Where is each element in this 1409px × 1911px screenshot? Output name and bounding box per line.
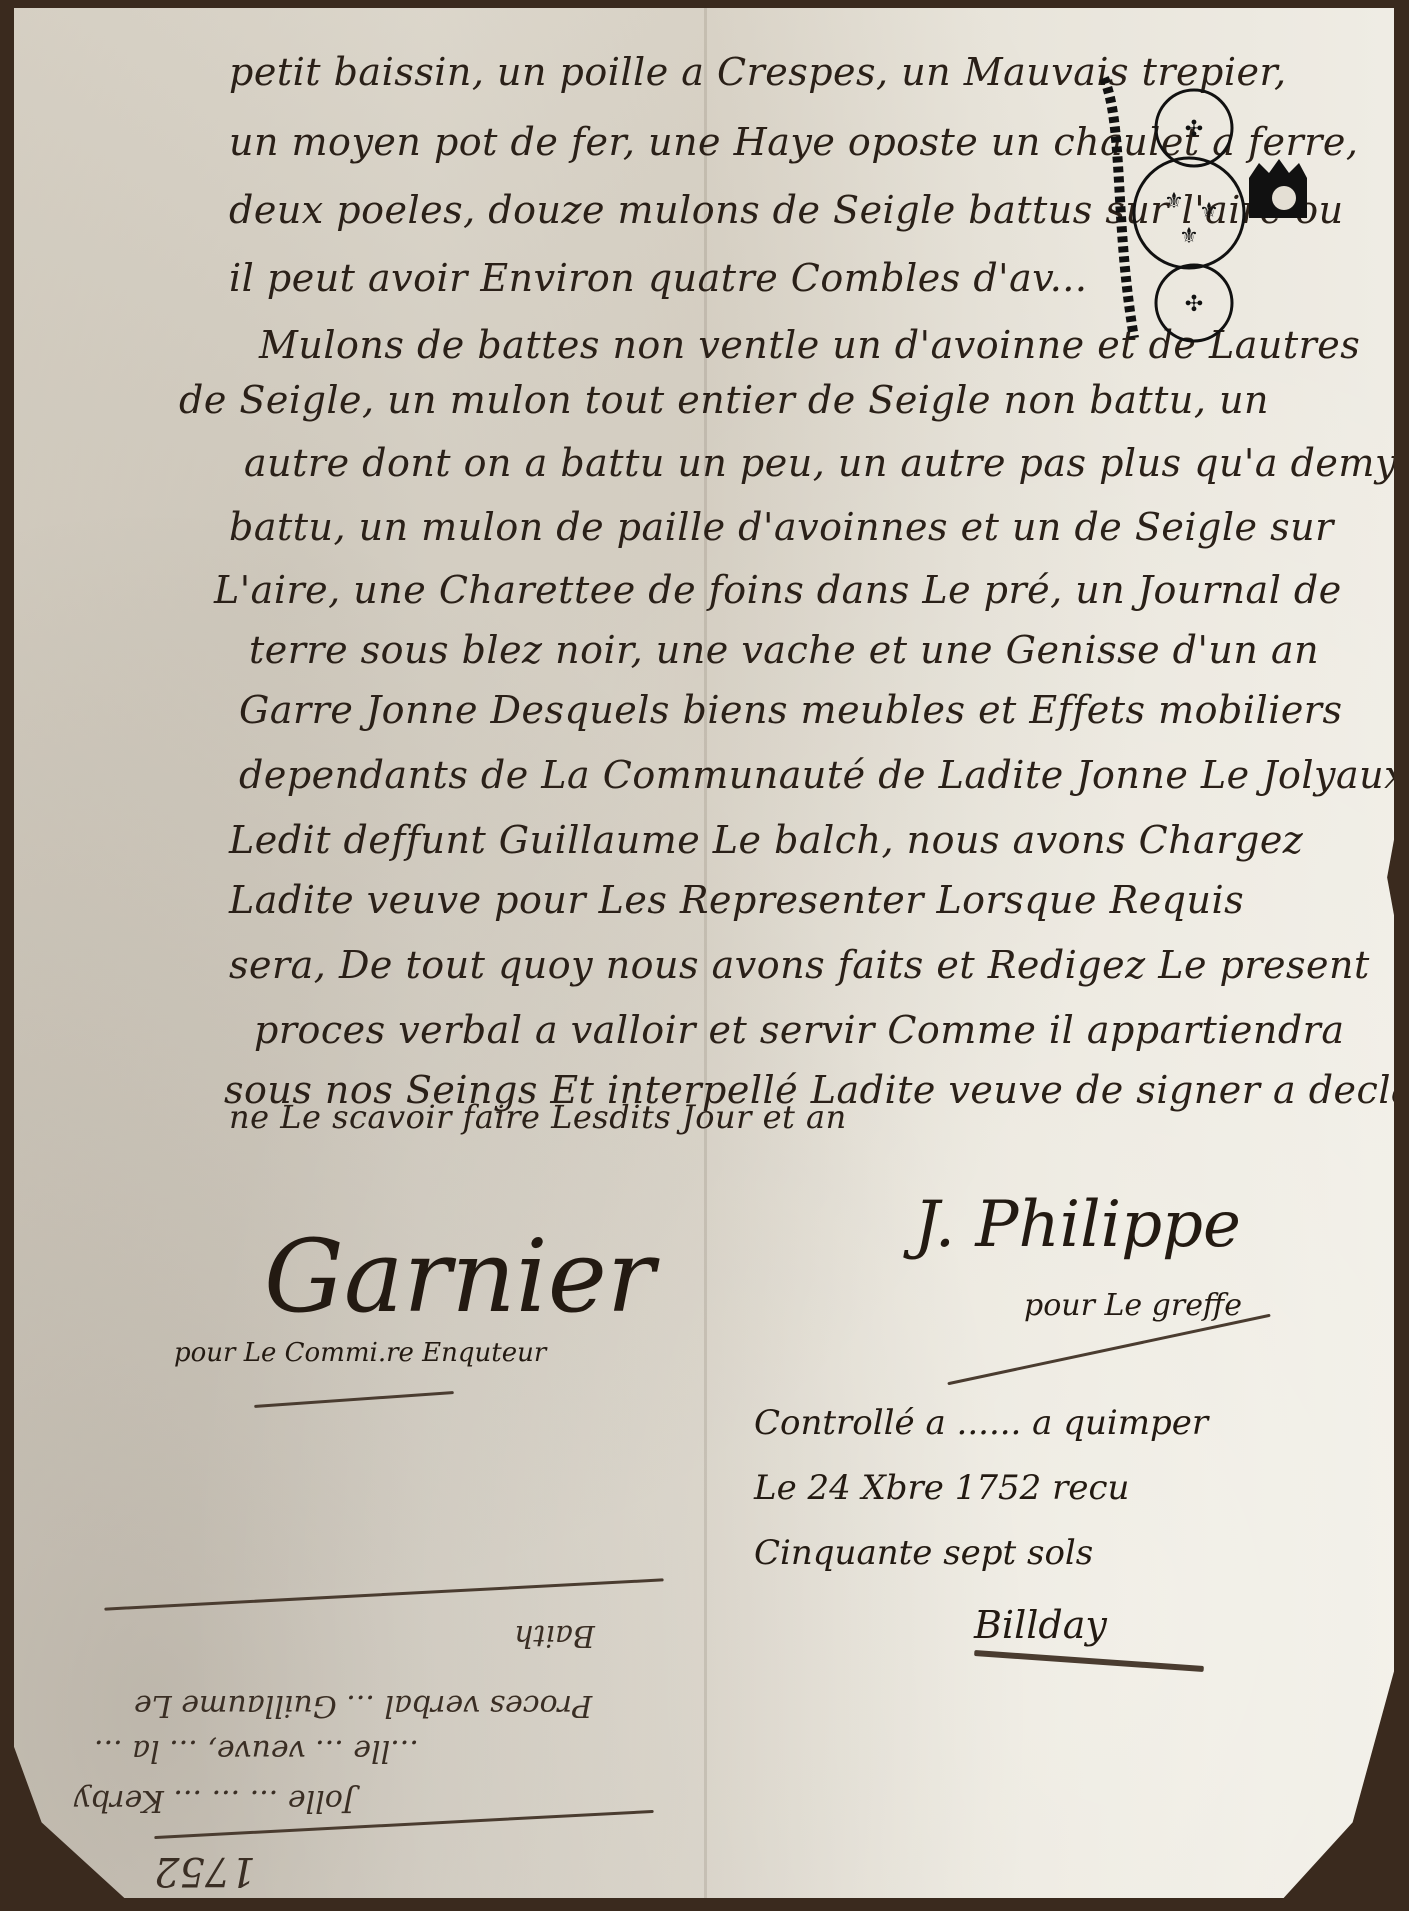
svg-text:⚜: ⚜: [1179, 224, 1199, 249]
svg-text:⚜: ⚜: [1199, 199, 1219, 224]
signature-garnier-title: pour Le Commi.re Enquteur: [174, 1338, 546, 1368]
body-line: L'aire, une Charettee de foins dans Le p…: [214, 568, 1342, 612]
signature-philippe-title: pour Le greffe: [1024, 1288, 1242, 1323]
royal-stamp-icon: ✣ ⚜ ⚜ ⚜ ✣: [1074, 68, 1324, 348]
registration-signature: Billday: [974, 1603, 1107, 1647]
body-line: autre dont on a battu un peu, un autre p…: [244, 441, 1397, 485]
svg-text:⚜: ⚜: [1164, 189, 1184, 214]
endorsement-line: ...lle ... veuve, ... la ...: [94, 1733, 419, 1768]
body-line: Ladite veuve pour Les Representer Lorsqu…: [229, 878, 1244, 922]
signature-garnier: Garnier: [264, 1218, 655, 1335]
endorsement-line: Jolle ... ... ... Kerby: [74, 1783, 355, 1818]
body-line: proces verbal a valloir et servir Comme …: [254, 1008, 1344, 1052]
document-page: ​ petit baissin, un poille a Crespes, un…: [14, 8, 1394, 1898]
endorsement-line: Proces verbal ... Guillaume Le: [134, 1688, 592, 1723]
body-line: il peut avoir Environ quatre Combles d'a…: [229, 256, 1087, 300]
body-line: Ledit deffunt Guillaume Le balch, nous a…: [229, 818, 1303, 862]
body-line: sera, De tout quoy nous avons faits et R…: [229, 943, 1370, 987]
registration-line: Controllé a ...... a quimper: [754, 1403, 1208, 1443]
endorsement-year: 1752: [154, 1848, 256, 1894]
svg-text:✣: ✣: [1185, 292, 1203, 317]
body-line: de Seigle, un mulon tout entier de Seigl…: [179, 378, 1269, 422]
body-line: terre sous blez noir, une vache et une G…: [249, 628, 1319, 672]
body-line: Garre Jonne Desquels biens meubles et Ef…: [239, 688, 1342, 732]
registration-line: Le 24 Xbre 1752 recu: [754, 1468, 1129, 1508]
body-line: ne Le scavoir faire Lesdits Jour et an: [229, 1098, 847, 1136]
svg-text:✣: ✣: [1185, 117, 1203, 142]
endorsement-line: Baith: [514, 1618, 595, 1653]
signature-philippe: J. Philippe: [914, 1188, 1241, 1262]
registration-line: Cinquante sept sols: [754, 1533, 1093, 1573]
body-line: dependants de La Communauté de Ladite Jo…: [239, 753, 1406, 797]
body-line: battu, un mulon de paille d'avoinnes et …: [229, 505, 1334, 549]
